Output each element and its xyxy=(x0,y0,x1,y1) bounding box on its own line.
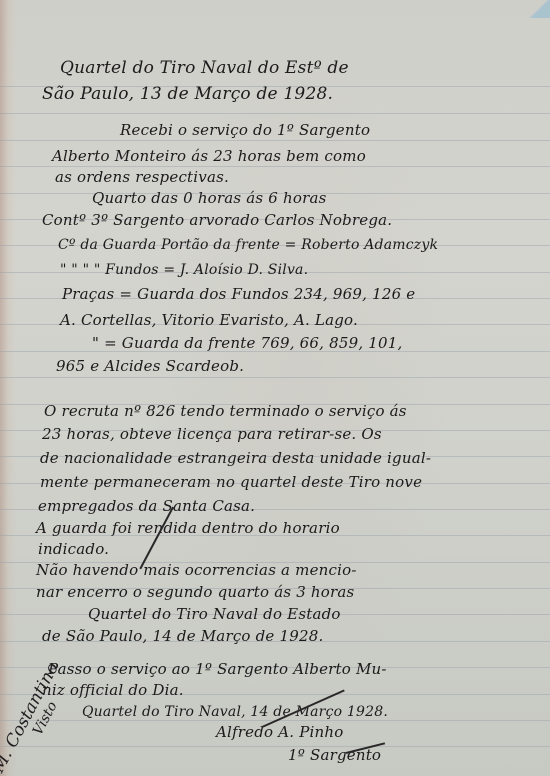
report-line: de nacionalidade estrangeira desta unida… xyxy=(40,449,431,467)
body-line: Recebi o serviço do 1º Sargento xyxy=(120,121,370,139)
body-line: Praças = Guarda dos Fundos 234, 969, 126… xyxy=(62,285,415,303)
body-line: as ordens respectivas. xyxy=(55,168,229,186)
body-line: 965 e Alcides Scardeob. xyxy=(56,357,244,375)
heading-line-1: Quartel do Tiro Naval do Estº de xyxy=(60,58,349,78)
ruled-line xyxy=(0,140,550,141)
signature-rank: 1º Sargento xyxy=(288,746,381,764)
ruled-line xyxy=(0,166,550,167)
report-line: 23 horas, obteve licença para retirar-se… xyxy=(42,425,382,443)
report-line: mente permaneceram no quartel deste Tiro… xyxy=(40,473,422,491)
report-line: empregados da Santa Casa. xyxy=(38,497,255,515)
body-line: " " " " Fundos = J. Aloísio D. Silva. xyxy=(60,262,308,278)
ruled-line xyxy=(0,113,550,114)
report-line: Não havendo mais ocorrencias a mencio- xyxy=(36,561,357,579)
document-page: Quartel do Tiro Naval do Estº de São Pau… xyxy=(0,0,550,776)
heading-line-2: São Paulo, 13 de Março de 1928. xyxy=(42,84,333,104)
watch-heading: Quarto das 0 horas ás 6 horas xyxy=(92,189,327,207)
body-line: A. Cortellas, Vitorio Evaristo, A. Lago. xyxy=(60,311,358,329)
report-line: O recruta nº 826 tendo terminado o servi… xyxy=(44,402,407,420)
body-line: Cº da Guarda Portão da frente = Roberto … xyxy=(58,237,438,253)
heading-line-2: de São Paulo, 14 de Março de 1928. xyxy=(42,627,323,645)
body-line: niz official do Dia. xyxy=(42,681,184,699)
ruled-line xyxy=(0,377,550,378)
body-line: Contº 3º Sargento arvorado Carlos Nobreg… xyxy=(42,211,392,229)
heading-line-1: Quartel do Tiro Naval do Estado xyxy=(88,605,341,623)
report-line: A guarda foi rendida dentro do horario xyxy=(36,519,340,537)
body-line: Passo o serviço ao 1º Sargento Alberto M… xyxy=(48,660,387,678)
body-line: " = Guarda da frente 769, 66, 859, 101, xyxy=(92,334,402,352)
signature-name: Alfredo A. Pinho xyxy=(216,723,343,741)
report-line: nar encerro o segundo quarto ás 3 horas xyxy=(36,583,354,601)
body-line: Alberto Monteiro ás 23 horas bem como xyxy=(52,147,366,165)
report-line: indicado. xyxy=(38,540,109,558)
dateline: Quartel do Tiro Naval, 14 de Março 1928. xyxy=(82,704,388,720)
ruled-line xyxy=(0,746,550,747)
page-corner xyxy=(528,0,550,18)
